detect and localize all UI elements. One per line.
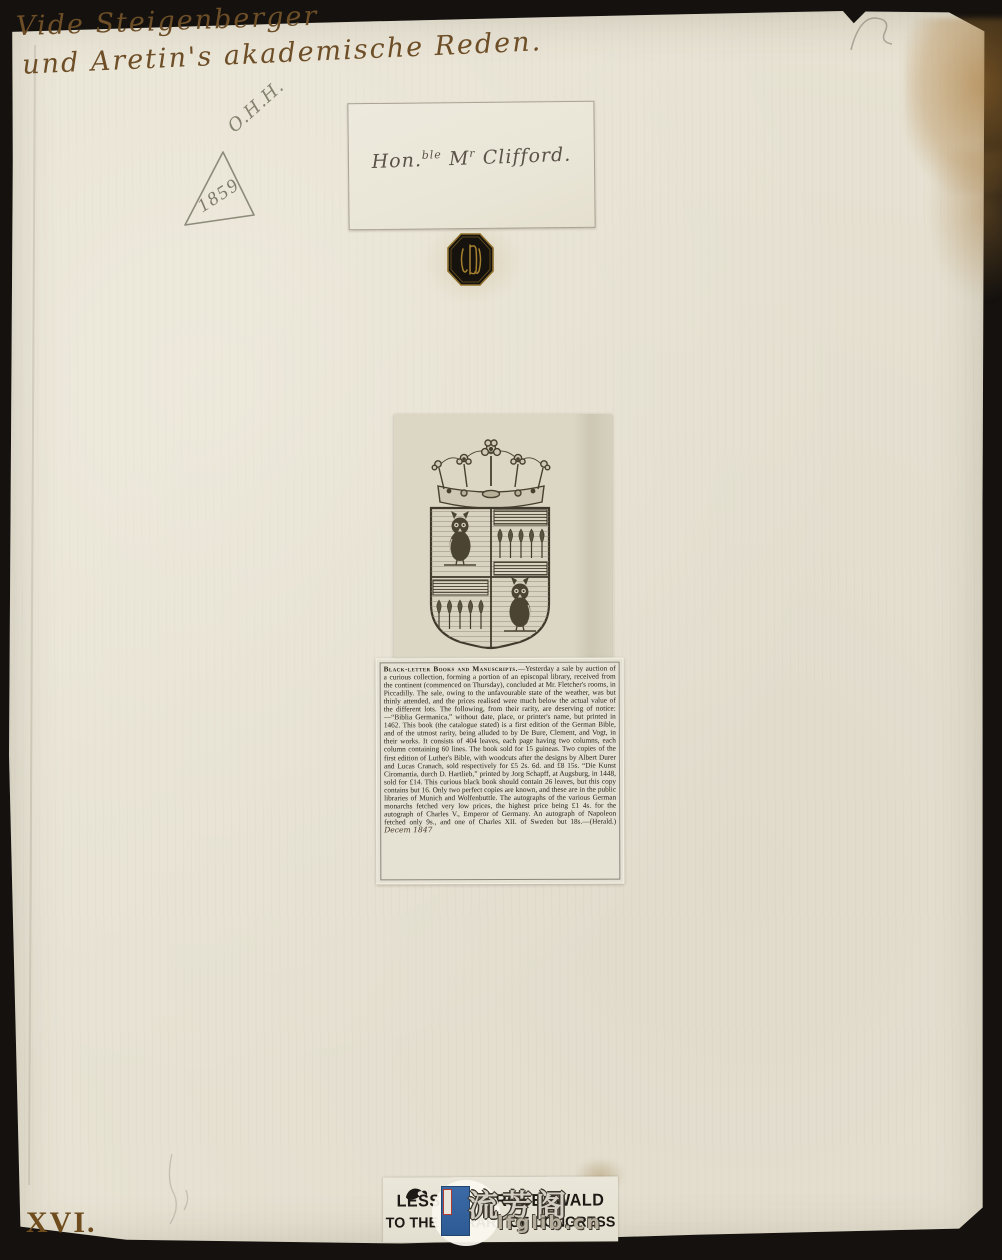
pencil-squiggle: [845, 6, 907, 62]
card-name-mid: M: [442, 147, 470, 170]
pencil-mark: [160, 1150, 210, 1230]
card-name: Hon.ble Mr Clifford.: [349, 143, 595, 174]
clipping-date-note: Decem 1847: [384, 825, 432, 834]
shield-icon: [431, 508, 549, 648]
card-name-sup1: ble: [422, 148, 443, 162]
watermark-book-label: [443, 1189, 452, 1215]
folio-number: XVI.: [26, 1206, 97, 1240]
visiting-card: Hon.ble Mr Clifford.: [347, 101, 595, 231]
watermark-site-url: lfglib.cn: [497, 1212, 602, 1234]
card-name-prefix: Hon.: [371, 149, 422, 173]
crown-icon: [432, 440, 550, 508]
clipping-text: Black-letter Books and Manuscripts.—Yest…: [384, 665, 617, 835]
monogram-seal-icon: [447, 233, 494, 286]
armorial-engraving: [394, 414, 612, 658]
armorial-bookplate: [394, 414, 612, 658]
watermark-book-icon: [441, 1186, 470, 1236]
press-clipping: Black-letter Books and Manuscripts.—Yest…: [376, 658, 625, 885]
scanned-album-page: Vide Steigenberger und Aretin's akademis…: [0, 0, 1002, 1260]
clipping-body: —Yesterday a sale by auction of a curiou…: [384, 664, 617, 827]
card-name-surname: Clifford.: [475, 144, 571, 169]
